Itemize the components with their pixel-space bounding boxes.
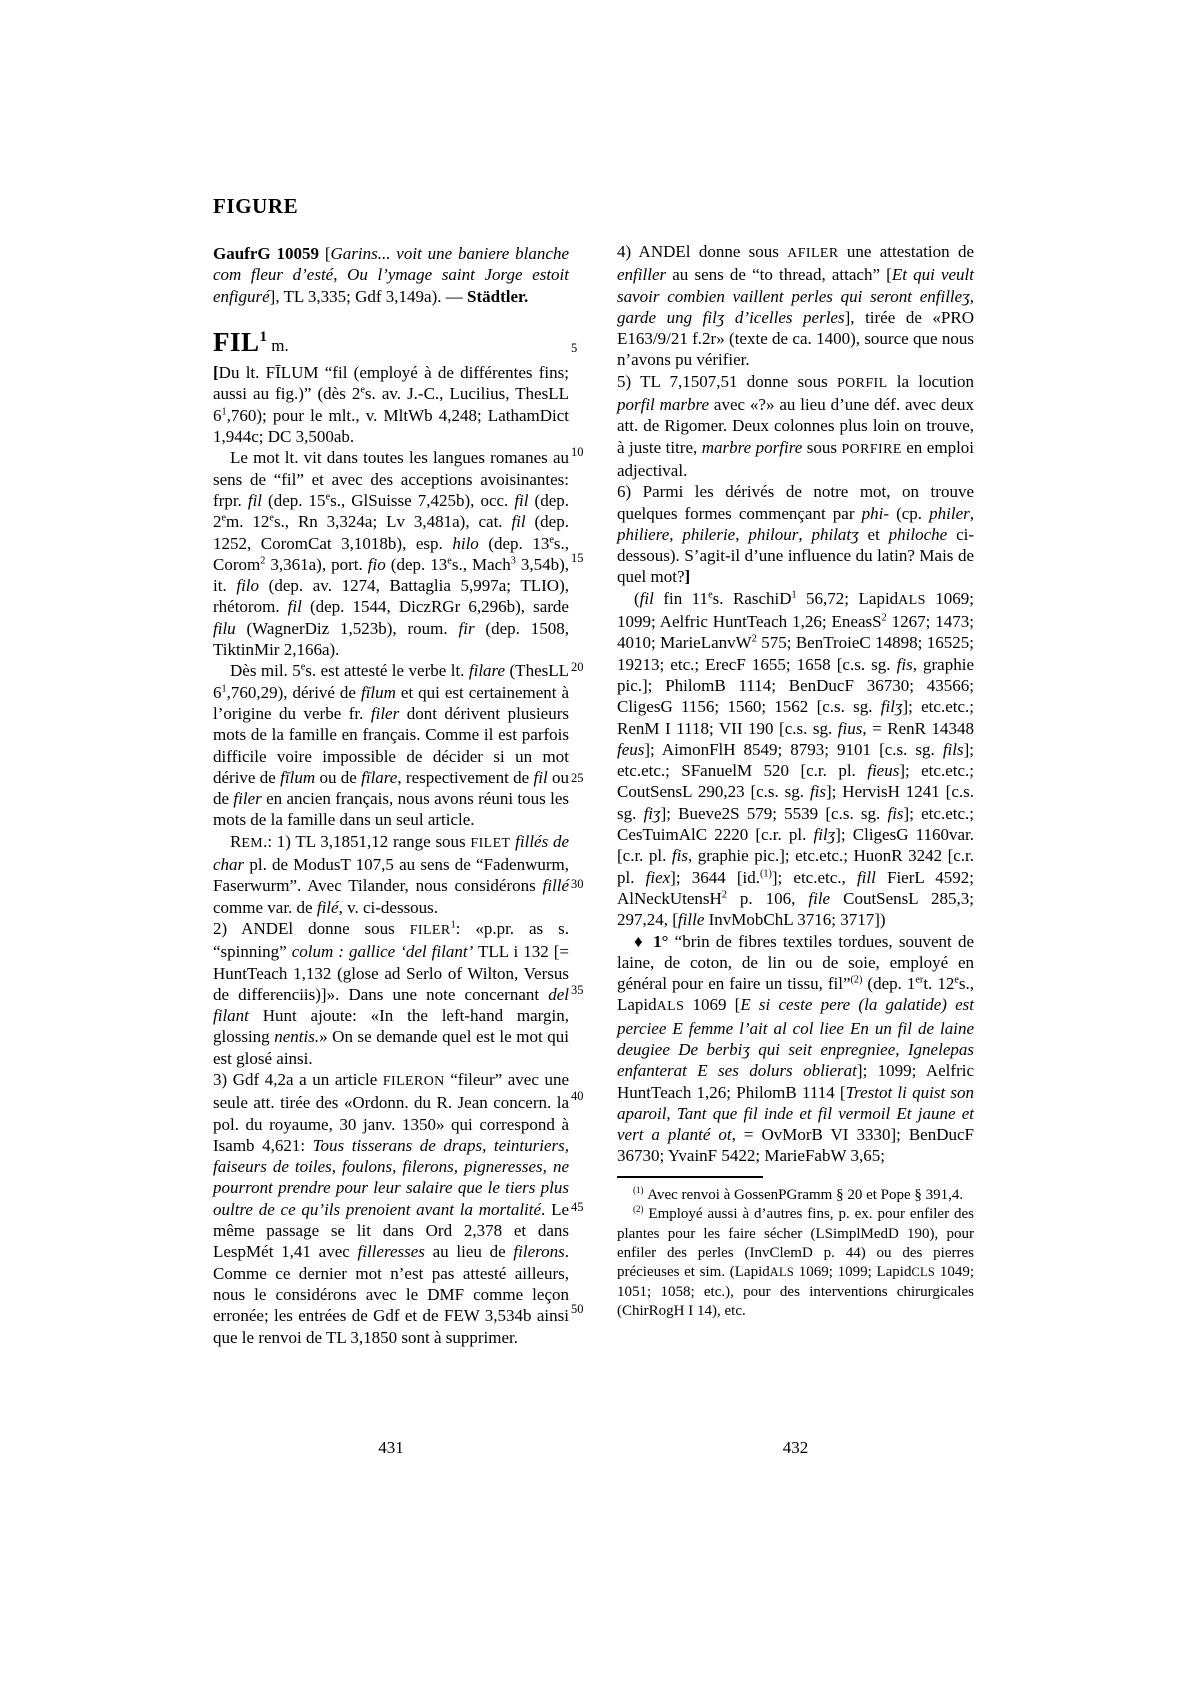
footnote-1: (1) Avec renvoi à GossenPGramm § 20 et P… bbox=[617, 1186, 974, 1205]
figure-article-end: GaufrG 10059 [Garins... voit une baniere… bbox=[213, 243, 569, 307]
remark-5: 5) TL 7,1507,51 donne sous PORFIL la loc… bbox=[617, 371, 974, 481]
footnote-2: (2) Employé aussi à d’autres fins, p. ex… bbox=[617, 1205, 974, 1321]
line-number: 50 bbox=[571, 1302, 595, 1316]
left-column: GaufrG 10059 [Garins... voit une baniere… bbox=[213, 243, 569, 1348]
right-column: 4) ANDEl donne sous AFILER une attestati… bbox=[617, 241, 974, 1322]
line-number: 20 bbox=[571, 660, 595, 674]
line-number: 25 bbox=[571, 771, 595, 785]
line-number: 45 bbox=[571, 1200, 595, 1214]
line-number: 40 bbox=[571, 1089, 595, 1103]
dictionary-page: FIGURE GaufrG 10059 [Garins... voit une … bbox=[0, 0, 1191, 1684]
line-number: 5 bbox=[571, 341, 595, 355]
page-number-right: 432 bbox=[617, 1438, 974, 1458]
etymology: [Du lt. FĪLUM “fil (employé à de différe… bbox=[213, 362, 569, 447]
sense-1: ♦ 1° “brin de fibres textiles tordues, s… bbox=[617, 931, 974, 1167]
entry-headword: FIL1 m. bbox=[213, 332, 569, 356]
remark-3: 3) Gdf 4,2a a un article FILERON “fileur… bbox=[213, 1069, 569, 1348]
footnote-separator bbox=[617, 1176, 763, 1178]
remark-2: 2) ANDEl donne sous FILER1: «p.pr. as s.… bbox=[213, 918, 569, 1069]
running-header: FIGURE bbox=[213, 194, 298, 219]
line-number: 15 bbox=[571, 551, 595, 565]
line-number: 10 bbox=[571, 445, 595, 459]
sigla-list: (fil fin 11es. RaschiD1 56,72; LapidALS … bbox=[617, 588, 974, 931]
page-number-left: 431 bbox=[213, 1438, 569, 1458]
remark-1: REM.: 1) TL 3,1851,12 range sous FILET f… bbox=[213, 831, 569, 918]
remark-4: 4) ANDEl donne sous AFILER une attestati… bbox=[617, 241, 974, 371]
line-number: 30 bbox=[571, 877, 595, 891]
line-number: 35 bbox=[571, 983, 595, 997]
romance-languages-paragraph: Le mot lt. vit dans toutes les langues r… bbox=[213, 447, 569, 660]
filare-paragraph: Dès mil. 5es. est attesté le verbe lt. f… bbox=[213, 660, 569, 830]
remark-6: 6) Parmi les dérivés de notre mot, on tr… bbox=[617, 481, 974, 587]
